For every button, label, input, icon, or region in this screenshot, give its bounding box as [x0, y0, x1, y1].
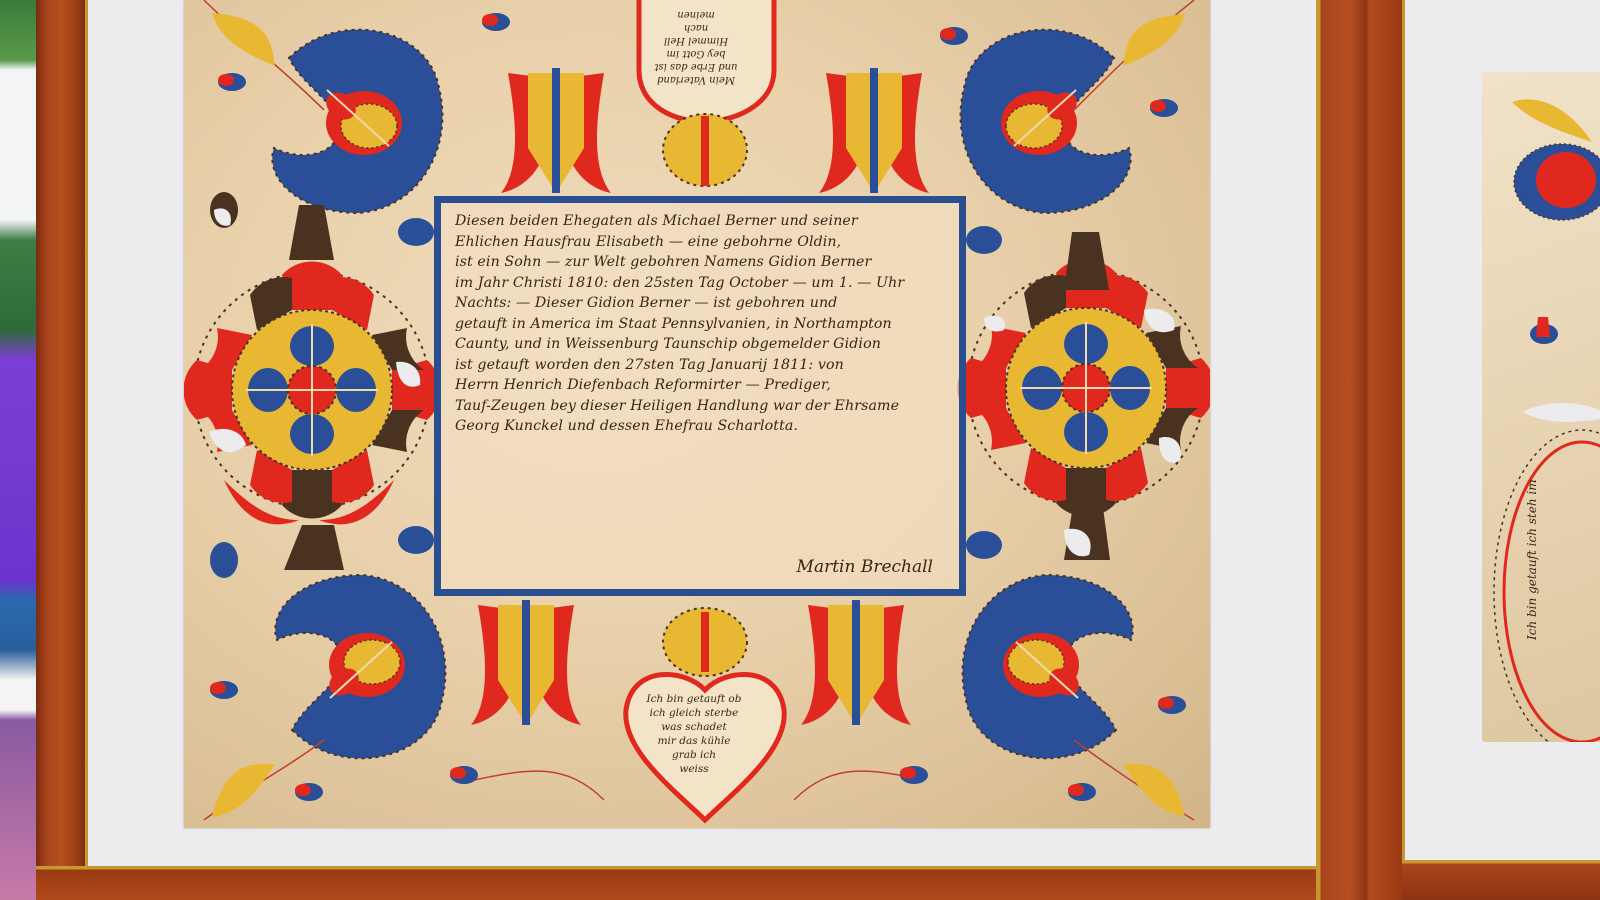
- picture-frame-bottom: [36, 866, 1336, 900]
- picture-frame-left: [36, 0, 88, 900]
- second-fraktur-decoration: [1482, 72, 1600, 742]
- scrivener-signature: Martin Brechall: [797, 557, 933, 577]
- text-line: Georg Kunckel und dessen Ehefrau Scharlo…: [455, 416, 949, 437]
- top-heart-verse: Mein Vaterland und Erbe das ist bey Gott…: [636, 8, 756, 86]
- outdoor-background: [0, 0, 40, 900]
- certificate-text-panel: Diesen beiden Ehegaten als Michael Berne…: [434, 196, 966, 596]
- second-frame-bottom: [1402, 860, 1600, 900]
- text-line: im Jahr Christi 1810: den 25sten Tag Oct…: [455, 273, 949, 294]
- bottom-heart-verse: Ich bin getauft ob ich gleich sterbe was…: [634, 692, 754, 776]
- second-fraktur: [1482, 72, 1600, 742]
- second-fraktur-verse: Ich bin getauft ich steh im: [1525, 479, 1539, 640]
- text-line: ist ein Sohn — zur Welt gebohren Namens …: [455, 252, 949, 273]
- text-line: Herrn Henrich Diefenbach Reformirter — P…: [455, 375, 949, 396]
- picture-frame-right: [1316, 0, 1402, 900]
- certificate-body-text: Diesen beiden Ehegaten als Michael Berne…: [455, 211, 949, 437]
- text-line: Diesen beiden Ehegaten als Michael Berne…: [455, 211, 949, 232]
- text-line: Caunty, und in Weissenburg Taunschip obg…: [455, 334, 949, 355]
- text-line: Ehlichen Hausfrau Elisabeth — eine geboh…: [455, 232, 949, 253]
- fraktur-certificate: Mein Vaterland und Erbe das ist bey Gott…: [184, 0, 1210, 828]
- text-line: ist getauft worden den 27sten Tag Januar…: [455, 355, 949, 376]
- text-line: Tauf-Zeugen bey dieser Heiligen Handlung…: [455, 396, 949, 417]
- text-line: getauft in America im Staat Pennsylvanie…: [455, 314, 949, 335]
- text-line: Nachts: — Dieser Gidion Berner — ist geb…: [455, 293, 949, 314]
